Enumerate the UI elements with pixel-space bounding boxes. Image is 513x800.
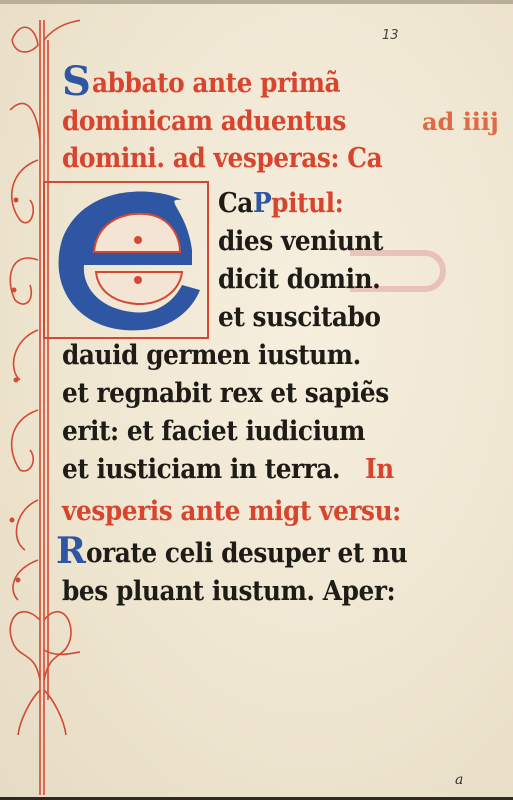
lesson-line-6: erit: et faciet iudicium [62,416,365,447]
lesson-line-7: et iusticiam in terra. [62,454,340,485]
blue-initial-r: R [56,530,86,572]
manuscript-page: 13 S abbato ante primã dominicam aduentu… [0,0,513,800]
lesson-line-4: dauid germen iustum. [62,340,361,371]
rubric-line-3: domini. ad vesperas: Ca [62,143,382,174]
margin-note: ad iiij [422,107,499,136]
lesson-line-2: dicit domin. [218,264,380,295]
versicle-line-1: orate celi desuper et nu [86,538,407,569]
lesson-line-5: et regnabit rex et sapiẽs [62,378,389,409]
rubric-line-1: abbato ante primã [92,68,340,99]
rubric-versicle-line: vesperis ante migt versu: [62,496,401,527]
versicle-line-2: bes pluant iustum. Aper: [62,576,395,607]
folio-number: 13 [382,28,399,43]
blue-initial-s: S [62,58,91,105]
quire-signature: a [455,772,463,788]
lesson-line-3: et suscitabo [218,302,381,333]
rubric-line-2: dominicam aduentus [62,106,346,137]
rubric-versicle-start: In [365,454,394,485]
illuminated-initial-e-icon [42,180,210,340]
lesson-line-1: dies veniunt [218,226,383,257]
capitulum-label: CaPpitul: [218,188,343,219]
